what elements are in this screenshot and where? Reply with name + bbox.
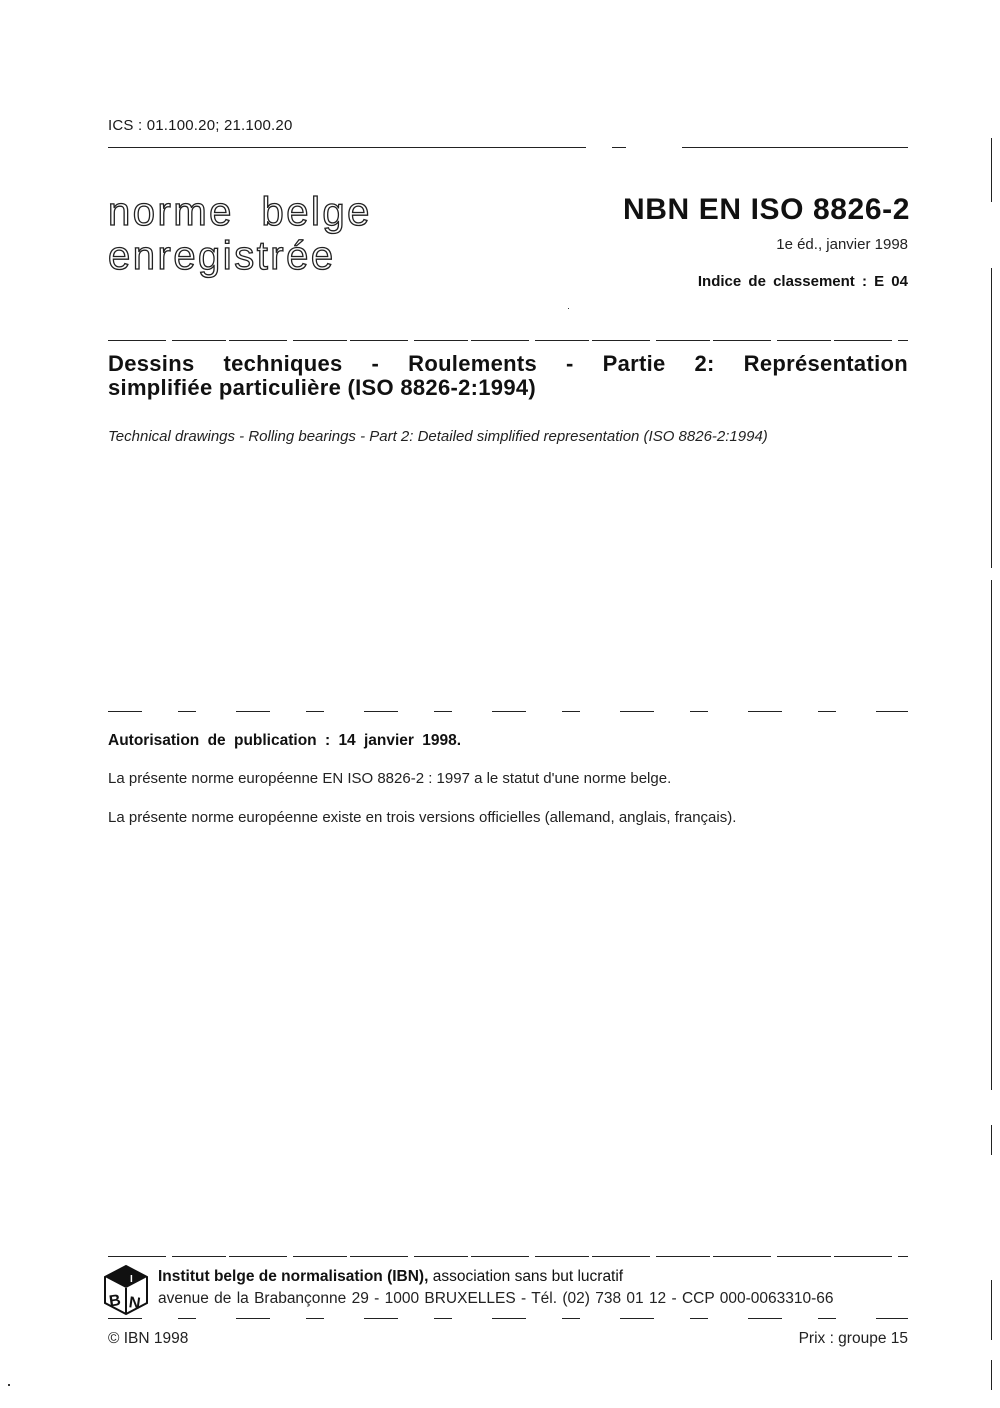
standard-number: NBN EN ISO 8826-2 — [623, 193, 910, 227]
brand-line-1: norme belge — [108, 190, 372, 234]
ibn-logo-icon: B N I — [103, 1264, 149, 1316]
scan-edge-line — [991, 268, 992, 568]
institute-name: Institut belge de normalisation (IBN), — [158, 1268, 428, 1285]
scan-edge-line — [991, 1125, 992, 1155]
scan-edge-line — [991, 1360, 992, 1390]
status-paragraph: La présente norme européenne EN ISO 8826… — [108, 770, 671, 787]
scan-speck — [8, 1384, 10, 1386]
svg-text:I: I — [130, 1274, 133, 1285]
classification-index: Indice de classement : E 04 — [698, 273, 908, 290]
publication-separator: : — [325, 732, 330, 749]
classification-label: Indice de classement — [698, 273, 855, 290]
scan-edge-line — [991, 1280, 992, 1340]
institute-description: association sans but lucratif — [428, 1268, 623, 1285]
publication-authorisation: Autorisation de publication : 14 janvier… — [108, 732, 461, 750]
scan-speck — [568, 308, 569, 309]
title-french-line-2: simplifiée particulière (ISO 8826-2:1994… — [108, 375, 536, 400]
ics-code: ICS : 01.100.20; 21.100.20 — [108, 117, 293, 134]
price-group: Prix : groupe 15 — [799, 1330, 908, 1348]
publication-date: 14 janvier 1998. — [338, 732, 461, 749]
footer-rule-bottom — [108, 1318, 908, 1319]
document-title-french: Dessins techniques - Roulements - Partie… — [108, 352, 908, 400]
scan-edge-line — [991, 580, 992, 1090]
publication-rule — [108, 711, 908, 712]
versions-paragraph: La présente norme européenne existe en t… — [108, 809, 736, 826]
edition-date: 1e éd., janvier 1998 — [776, 236, 908, 253]
brand-line-2: enregistrée — [108, 234, 372, 278]
classification-value: : E 04 — [862, 273, 908, 290]
svg-text:N: N — [128, 1294, 142, 1312]
top-rule-left — [108, 147, 586, 148]
title-rule — [108, 340, 908, 341]
title-french-line-1: Dessins techniques - Roulements - Partie… — [108, 352, 908, 376]
institute-line: Institut belge de normalisation (IBN), a… — [158, 1268, 623, 1286]
footer-rule-top — [108, 1256, 908, 1257]
publication-label: Autorisation de publication — [108, 732, 317, 749]
top-rule-right — [682, 147, 908, 148]
svg-text:B: B — [108, 1292, 122, 1310]
scan-edge-line — [991, 138, 992, 202]
institute-address: avenue de la Brabançonne 29 - 1000 BRUXE… — [158, 1290, 833, 1308]
top-rule-mid — [612, 147, 626, 148]
brand-mark: norme belge enregistrée — [108, 190, 372, 278]
copyright: © IBN 1998 — [108, 1330, 188, 1348]
document-title-english: Technical drawings - Rolling bearings - … — [108, 428, 768, 445]
